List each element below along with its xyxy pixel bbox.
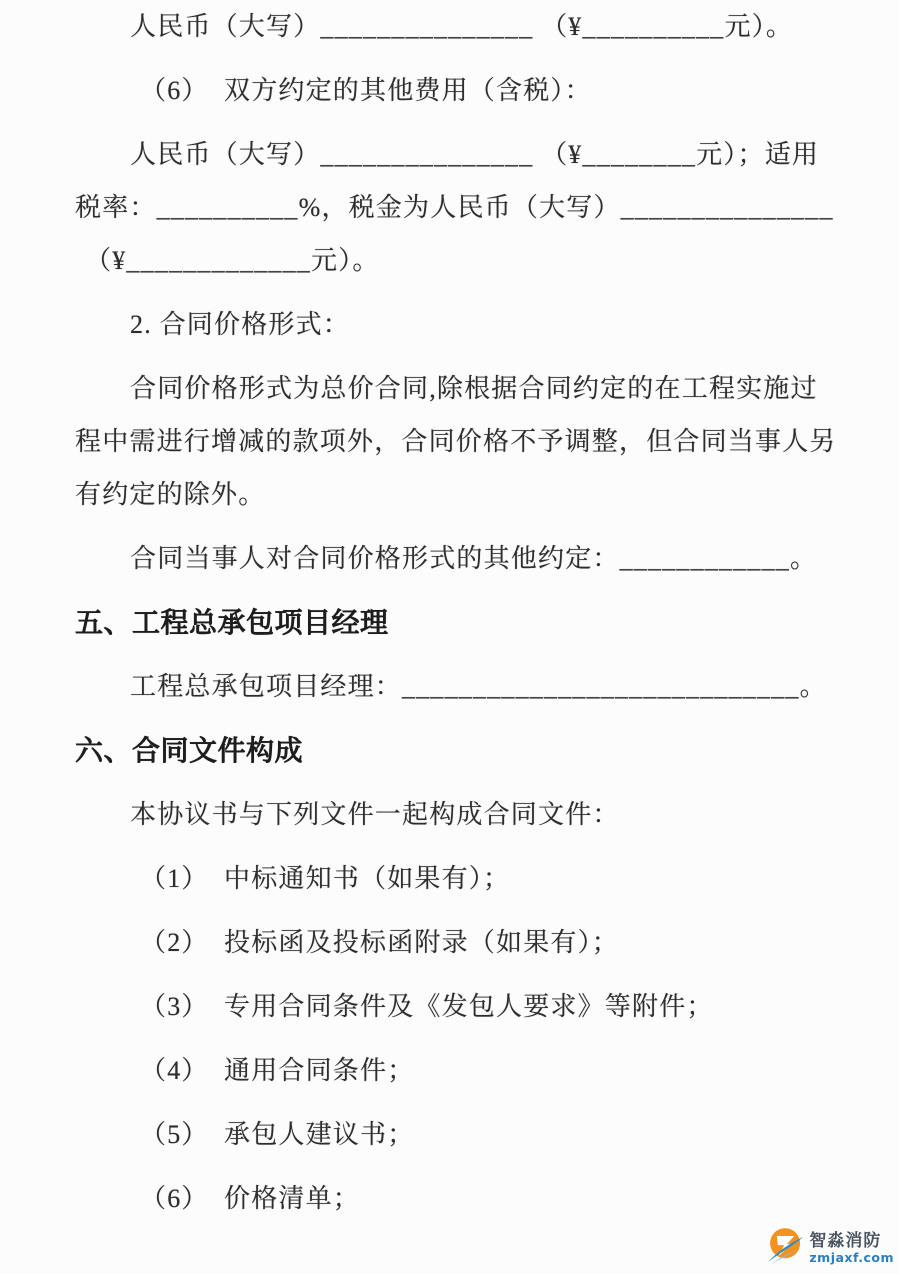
document-line: （4） 通用合同条件； xyxy=(75,1044,833,1097)
section-heading: 六、合同文件构成 xyxy=(75,724,833,777)
paragraph: 合同价格形式为总价合同,除根据合同约定的在工程实施过程中需进行增减的款项外，合同… xyxy=(75,362,833,521)
brand-url: zmjaxf.com xyxy=(809,1252,894,1265)
brand-logo-icon xyxy=(766,1226,806,1271)
document-line: （¥_____________元）。 xyxy=(75,234,833,287)
paragraph: 工程总承包项目经理：____________________________。 xyxy=(75,660,833,713)
document-line: （1） 中标通知书（如果有）； xyxy=(75,852,833,905)
document-line: 本协议书与下列文件一起构成合同文件： xyxy=(75,788,833,841)
document-line: （6） 双方约定的其他费用（含税）： xyxy=(75,64,833,117)
document-line: 2. 合同价格形式： xyxy=(75,298,833,351)
paragraph: （4） 通用合同条件； xyxy=(75,1044,833,1097)
brand-name: 智淼消防 xyxy=(809,1233,894,1250)
document-line: （3） 专用合同条件及《发包人要求》等附件； xyxy=(75,980,833,1033)
paragraph: 人民币（大写）_______________ （¥__________元）。 xyxy=(75,0,833,53)
document-line: 合同价格形式为总价合同,除根据合同约定的在工程实施过 xyxy=(75,362,833,415)
paragraph: （2） 投标函及投标函附录（如果有）； xyxy=(75,916,833,969)
document-line: 税率：__________%，税金为人民币（大写）_______________ xyxy=(75,181,833,234)
paragraph: 合同当事人对合同价格形式的其他约定：____________。 xyxy=(75,532,833,585)
section-heading-line: 六、合同文件构成 xyxy=(75,724,833,777)
paragraph: 本协议书与下列文件一起构成合同文件： xyxy=(75,788,833,841)
paragraph: （6） 双方约定的其他费用（含税）： xyxy=(75,64,833,117)
document-line: 人民币（大写）_______________ （¥________元）；适用 xyxy=(75,128,833,181)
document-line: 有约定的除外。 xyxy=(75,468,833,521)
watermark: 智淼消防 zmjaxf.com xyxy=(766,1226,894,1271)
brand-text-block: 智淼消防 zmjaxf.com xyxy=(809,1233,894,1265)
document-line: （2） 投标函及投标函附录（如果有）； xyxy=(75,916,833,969)
paragraph: 2. 合同价格形式： xyxy=(75,298,833,351)
document-line: 程中需进行增减的款项外，合同价格不予调整，但合同当事人另 xyxy=(75,415,833,468)
section-heading: 五、工程总承包项目经理 xyxy=(75,596,833,649)
section-heading-line: 五、工程总承包项目经理 xyxy=(75,596,833,649)
document-line: （6） 价格清单； xyxy=(75,1172,833,1225)
paragraph: （1） 中标通知书（如果有）； xyxy=(75,852,833,905)
document-line: 工程总承包项目经理：____________________________。 xyxy=(75,660,833,713)
contract-text-body: 人民币（大写）_______________ （¥__________元）。（6… xyxy=(75,0,833,1225)
paragraph: 人民币（大写）_______________ （¥________元）；适用税率… xyxy=(75,128,833,287)
document-line: 人民币（大写）_______________ （¥__________元）。 xyxy=(75,0,833,53)
paragraph: （3） 专用合同条件及《发包人要求》等附件； xyxy=(75,980,833,1033)
document-line: （5） 承包人建议书； xyxy=(75,1108,833,1161)
paragraph: （6） 价格清单； xyxy=(75,1172,833,1225)
paragraph: （5） 承包人建议书； xyxy=(75,1108,833,1161)
contract-page: 人民币（大写）_______________ （¥__________元）。（6… xyxy=(0,0,899,1274)
document-line: 合同当事人对合同价格形式的其他约定：____________。 xyxy=(75,532,833,585)
